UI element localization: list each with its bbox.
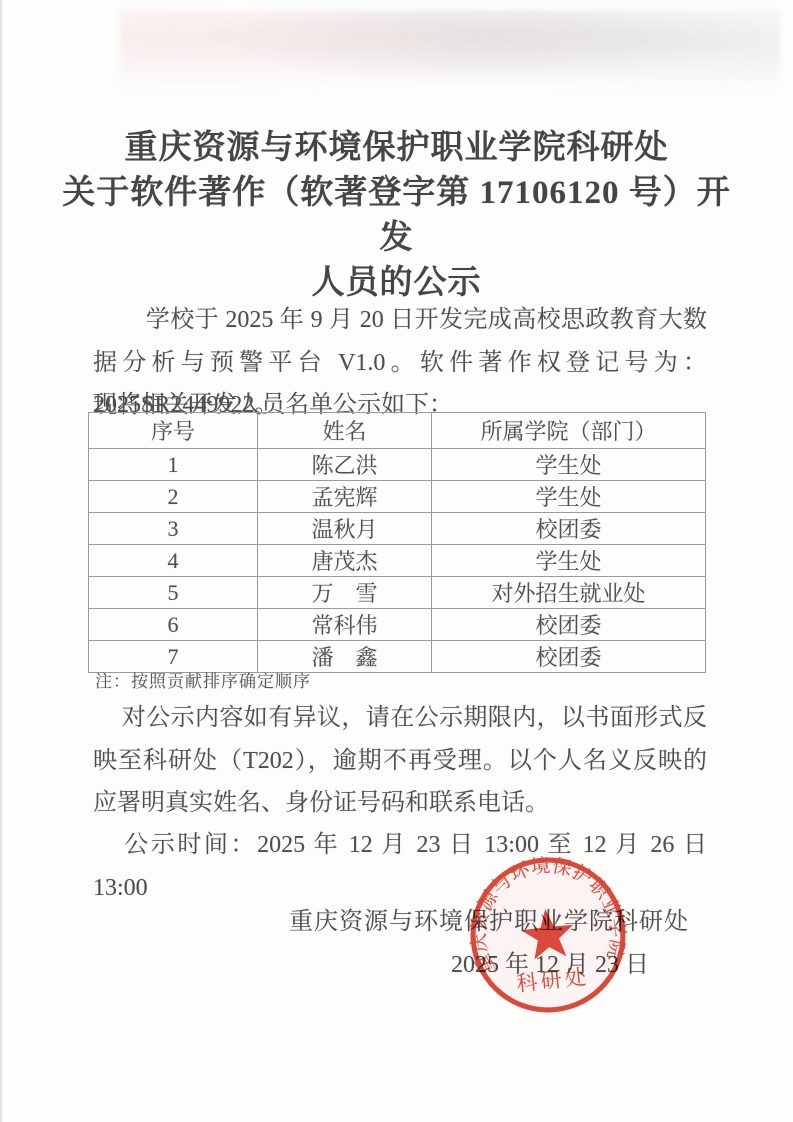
title-line-2: 关于软件著作（软著登字第 17106120 号）开发 <box>50 171 743 261</box>
cell-dept: 学生处 <box>432 481 706 513</box>
table-row: 1 陈乙洪 学生处 <box>89 449 706 481</box>
cell-name: 万 雪 <box>258 577 432 609</box>
scan-edge-artifact <box>0 0 3 1122</box>
table-row: 6 常科伟 校团委 <box>89 609 706 641</box>
header-姓名: 姓名 <box>258 413 432 449</box>
table-row: 4 唐茂杰 学生处 <box>89 545 706 577</box>
header-所属学院: 所属学院（部门） <box>432 413 706 449</box>
table-header-row: 序号 姓名 所属学院（部门） <box>89 413 706 449</box>
cell-index: 4 <box>89 545 258 577</box>
cell-name: 唐茂杰 <box>258 545 432 577</box>
cell-dept: 校团委 <box>432 641 706 673</box>
title-line-1: 重庆资源与环境保护职业学院科研处 <box>50 126 743 171</box>
cell-name: 温秋月 <box>258 513 432 545</box>
cell-index: 1 <box>89 449 258 481</box>
cell-name: 孟宪辉 <box>258 481 432 513</box>
table-row: 5 万 雪 对外招生就业处 <box>89 577 706 609</box>
cell-dept: 学生处 <box>432 449 706 481</box>
table-row: 2 孟宪辉 学生处 <box>89 481 706 513</box>
cell-dept: 校团委 <box>432 609 706 641</box>
objection-paragraph: 对公示内容如有异议，请在公示期限内，以书面形式反映至科研处（T202），逾期不再… <box>93 697 707 825</box>
cell-name: 陈乙洪 <box>258 449 432 481</box>
cell-dept: 校团委 <box>432 513 706 545</box>
official-seal-stamp: 重庆资源与环境保护职业学院 科研处 <box>459 846 637 1024</box>
cell-name: 常科伟 <box>258 609 432 641</box>
table-row: 3 温秋月 校团委 <box>89 513 706 545</box>
scan-noise-artifact <box>120 10 780 100</box>
cell-dept: 对外招生就业处 <box>432 577 706 609</box>
table-footnote: 注：按照贡献排序确定顺序 <box>95 667 311 692</box>
header-序号: 序号 <box>89 413 258 449</box>
developer-roster-table: 序号 姓名 所属学院（部门） 1 陈乙洪 学生处 2 孟宪辉 学生处 3 温秋月… <box>88 412 706 673</box>
cell-index: 2 <box>89 481 258 513</box>
cell-index: 3 <box>89 513 258 545</box>
cell-index: 5 <box>89 577 258 609</box>
cell-index: 6 <box>89 609 258 641</box>
page-title: 重庆资源与环境保护职业学院科研处 关于软件著作（软著登字第 17106120 号… <box>50 126 743 306</box>
cell-dept: 学生处 <box>432 545 706 577</box>
scanned-announcement-page: 重庆资源与环境保护职业学院科研处 关于软件著作（软著登字第 17106120 号… <box>0 0 793 1122</box>
